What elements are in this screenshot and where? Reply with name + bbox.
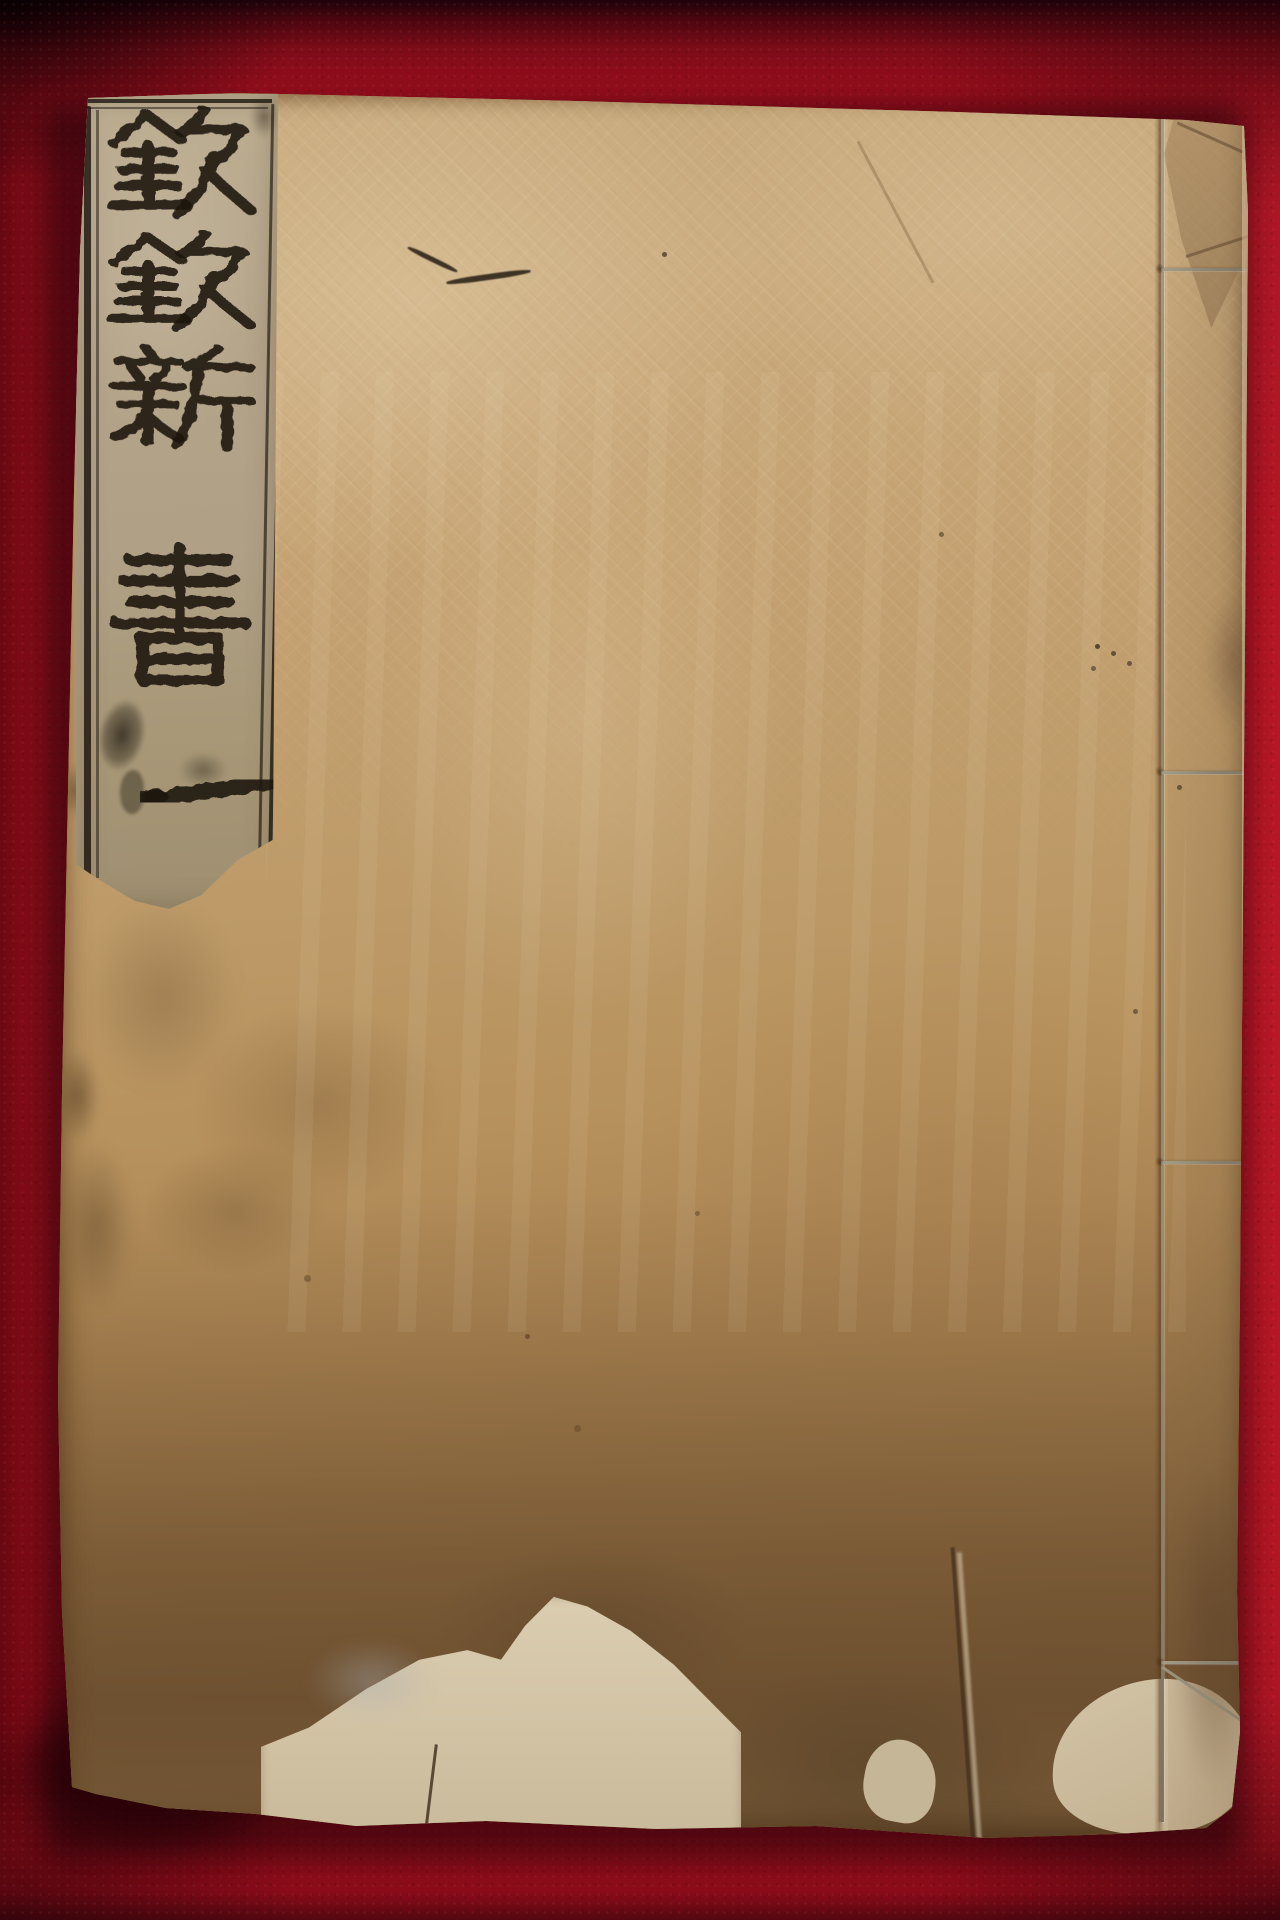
title-char-2-icon: [106, 230, 256, 338]
stitch-knot: [1155, 1156, 1164, 1167]
book-cover: [56, 92, 1250, 1838]
photo-stage: [0, 0, 1280, 1920]
slip-border-left-thick: [84, 106, 91, 881]
title-char-4-icon: [106, 542, 256, 692]
stitch-thread-3: [1161, 1161, 1251, 1164]
title-char-3-icon: [105, 343, 257, 457]
cover-streak-texture: [266, 372, 1186, 1332]
tear-patch-small: [857, 1734, 942, 1827]
binding-thread-vertical: [1161, 108, 1164, 1822]
left-edge-stain: [56, 1050, 100, 1142]
stitch-thread-2: [1161, 771, 1251, 774]
left-edge-stain: [60, 1140, 132, 1312]
title-char-1-icon: [105, 105, 257, 228]
slip-border-top: [82, 99, 272, 103]
ink-blot-tail: [120, 770, 144, 814]
stitch-thread-4: [1161, 1661, 1251, 1664]
stitch-knot: [1155, 766, 1164, 777]
title-slip: [76, 94, 278, 909]
ink-blot-large: [83, 683, 161, 787]
stitch-knot: [1155, 263, 1164, 274]
ink-blot-small: [170, 746, 236, 794]
center-left-stain: [86, 900, 238, 1092]
gray-sheen-patch: [306, 1640, 438, 1722]
stitch-knot: [1155, 1656, 1164, 1667]
stitch-thread-1: [1161, 268, 1251, 271]
